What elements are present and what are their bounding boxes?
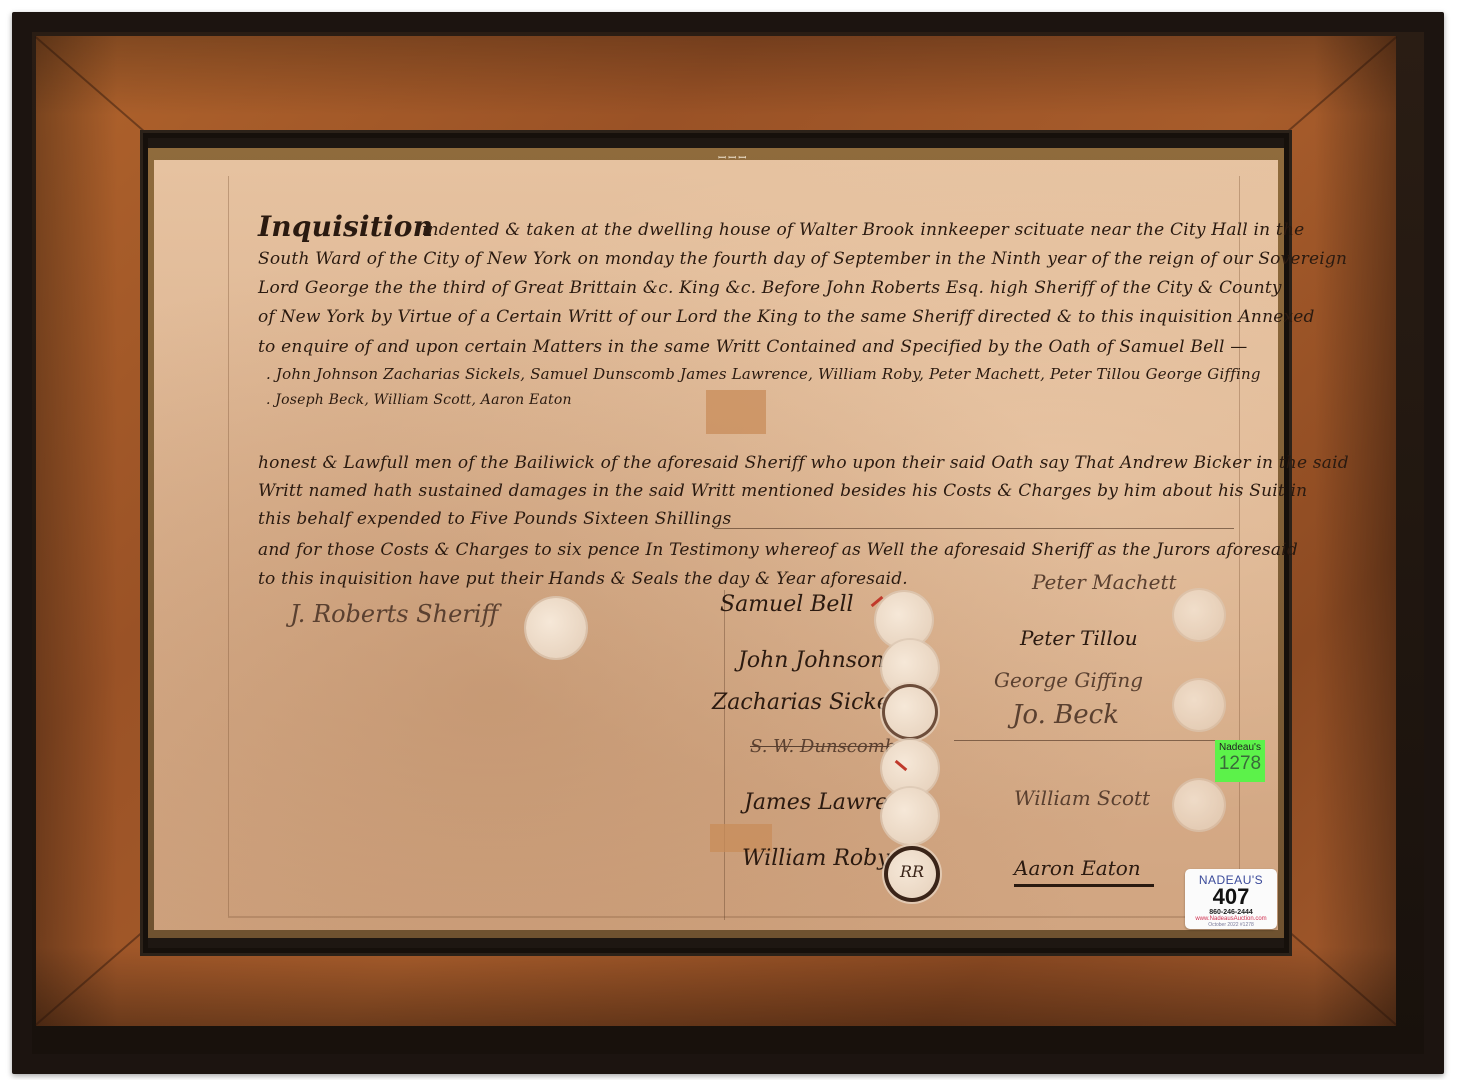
lot-number: 407 [1185,887,1277,907]
document-line: this behalf expended to Five Pounds Sixt… [258,509,731,529]
juror-signature: Samuel Bell [720,592,854,617]
document-line: to enquire of and upon certain Matters i… [258,337,1247,357]
document-paper: Inquisition indented & taken at the dwel… [154,160,1278,930]
inventory-sticker: Nadeau's 1278 [1215,740,1265,782]
juror-signature: S. W. Dunscomb [750,736,896,757]
juror-signature: Peter Machett [1032,570,1177,594]
inventory-sticker-brand: Nadeau's [1215,742,1265,753]
juror-signature: Jo. Beck [1012,700,1119,730]
document-line: Lord George the the third of Great Britt… [258,278,1282,298]
document-heading-word: Inquisition [258,210,433,243]
frame-maker-mark: ꟷꟷꟷ [718,150,748,164]
juror-signature: Zacharias Sickels [712,690,908,715]
juror-signature: John Johnson [738,648,885,673]
torn-seal-fragment [1174,780,1224,830]
juror-signature: Aaron Eaton [1014,856,1141,880]
fold-line [954,740,1234,741]
line-filler-rule [714,528,1234,529]
document-line: to this inquisition have put their Hands… [258,569,908,589]
document-line: Writt named hath sustained damages in th… [258,481,1307,501]
torn-seal-fragment [1174,680,1224,730]
juror-signature: William Roby [742,846,890,871]
juror-signature: William Scott [1014,786,1150,810]
document-juror-list-line: . John Johnson Zacharias Sickels, Samuel… [266,365,1261,383]
document-juror-list-line: . Joseph Beck, William Scott, Aaron Eato… [266,392,572,408]
lot-sticker-phone: 860-246-2444 [1185,909,1277,916]
signature-flourish [1014,884,1154,887]
document-line: and for those Costs & Charges to six pen… [258,540,1298,560]
paper-tape-fragment [706,390,766,434]
lot-sticker: NADEAU'S 407 860-246-2444 www.NadeausAuc… [1185,869,1277,929]
document-line: South Ward of the City of New York on mo… [258,249,1347,269]
juror-signature: George Giffing [994,668,1143,692]
seal-monogram-text: RR [884,862,940,881]
juror-signature: Peter Tillou [1020,626,1138,650]
torn-seal-fragment [1174,590,1224,640]
wax-seal-monogram: RR [884,846,940,902]
document-line: indented & taken at the dwelling house o… [422,220,1304,240]
paper-wafer-seal [882,684,938,740]
document-line: honest & Lawfull men of the Bailiwick of… [258,453,1349,473]
paper-wafer-seal [882,788,938,844]
sheriff-signature: J. Roberts Sheriff [290,600,498,628]
lot-sticker-date: October 2022 #1278 [1185,922,1277,928]
fold-line [724,590,725,920]
inventory-sticker-number: 1278 [1215,753,1265,775]
paper-wafer-seal [526,598,586,658]
document-line: of New York by Virtue of a Certain Writt… [258,307,1315,327]
